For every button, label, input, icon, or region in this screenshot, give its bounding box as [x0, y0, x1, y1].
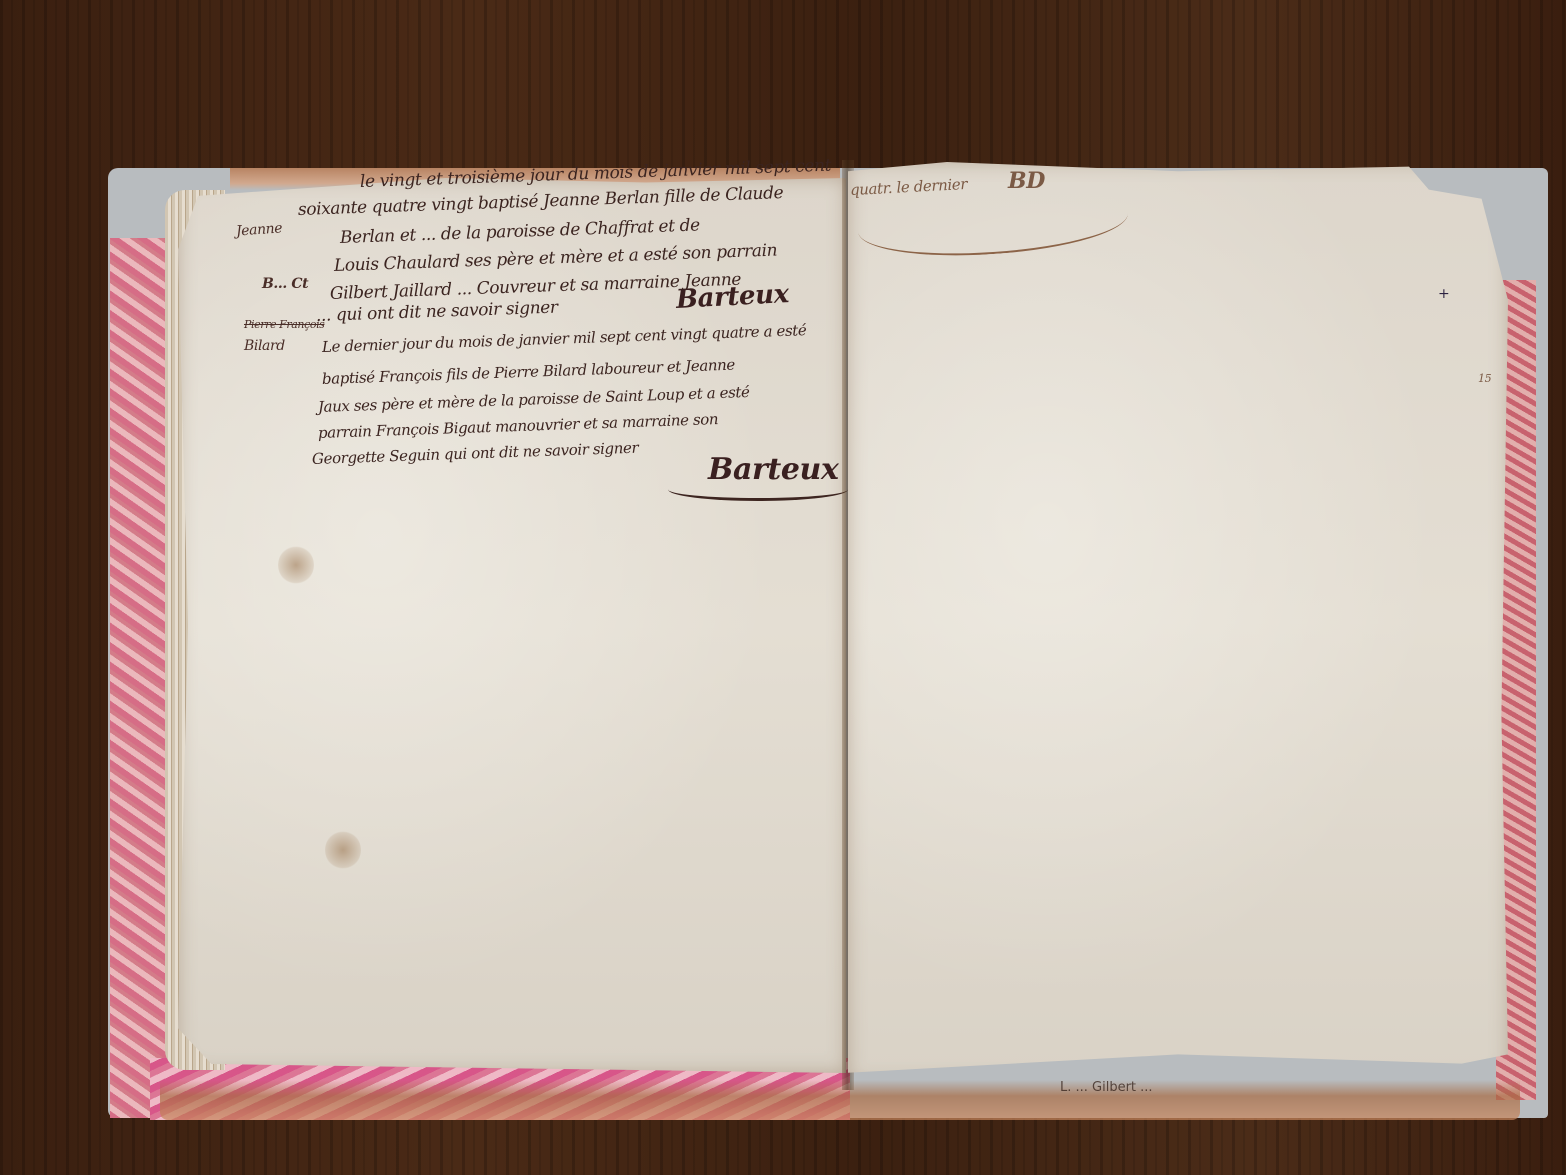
water-stain — [278, 545, 314, 585]
margin-mark: B... Ct — [262, 276, 308, 292]
edge-mark-plus: + — [1438, 286, 1449, 302]
margin-name-crossed: Pierre François — [244, 318, 324, 331]
signature-flourish — [668, 478, 848, 501]
margin-name-jeanne: Jeanne — [235, 220, 282, 239]
leather-binding-bottom — [160, 1080, 1520, 1120]
right-page — [848, 162, 1508, 1082]
entry-1-signature: Barteux — [675, 279, 789, 315]
margin-surname-bilard: Bilard — [244, 338, 285, 354]
bottom-edge-note: L. ... Gilbert ... — [1060, 1080, 1153, 1095]
edge-mark-number: 15 — [1478, 372, 1491, 385]
water-stain — [325, 830, 361, 870]
